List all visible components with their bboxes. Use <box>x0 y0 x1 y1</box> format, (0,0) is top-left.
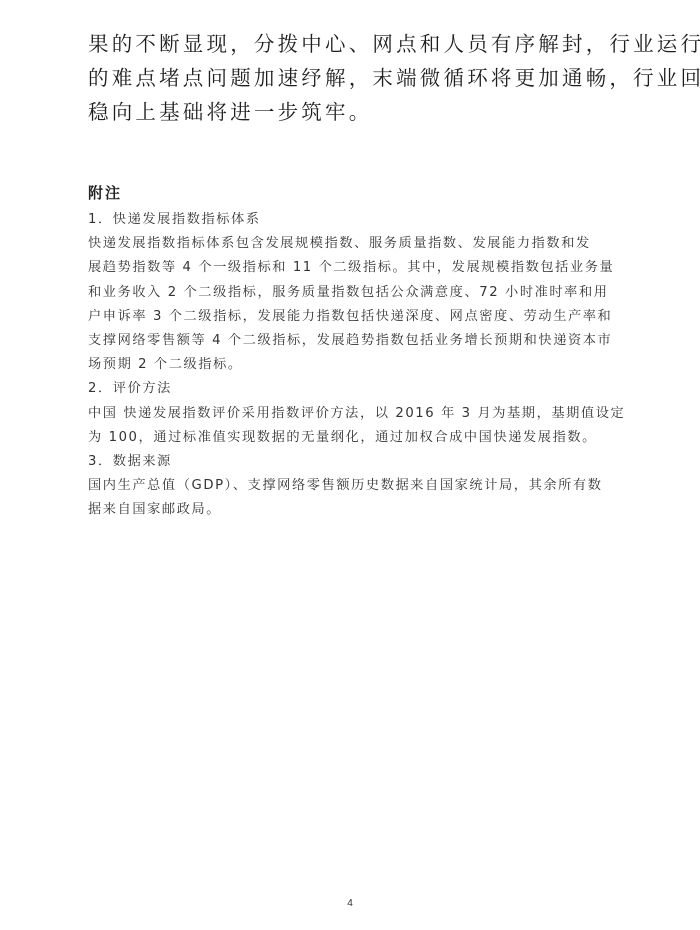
note-line: 快递发展指数指标体系包含发展规模指数、服务质量指数、发展能力指数和发 <box>88 232 616 256</box>
notes-title: 附注 <box>88 182 616 208</box>
note-line: 为 100，通过标准值实现数据的无量纲化，通过加权合成中国快递发展指数。 <box>88 426 616 450</box>
body-line: 稳向上基础将进一步筑牢。 <box>88 95 616 129</box>
note-line: 户申诉率 3 个二级指标，发展能力指数包括快递深度、网点密度、劳动生产率和 <box>88 305 616 329</box>
note-data-source: 3．数据来源 国内生产总值（GDP）、支撑网络零售额历史数据来自国家统计局，其余… <box>88 450 616 523</box>
document-page: 果的不断显现，分拨中心、网点和人员有序解封，行业运行 的难点堵点问题加速纾解，末… <box>0 0 700 930</box>
notes-section: 附注 1．快递发展指数指标体系 快递发展指数指标体系包含发展规模指数、服务质量指… <box>88 182 616 522</box>
note-line: 展趋势指数等 4 个一级指标和 11 个二级指标。其中，发展规模指数包括业务量 <box>88 256 616 280</box>
note-heading: 2．评价方法 <box>88 377 616 401</box>
note-heading: 1．快递发展指数指标体系 <box>88 208 616 232</box>
note-line: 和业务收入 2 个二级指标，服务质量指数包括公众满意度、72 小时准时率和用 <box>88 281 616 305</box>
note-line: 国内生产总值（GDP）、支撑网络零售额历史数据来自国家统计局，其余所有数 <box>88 474 616 498</box>
note-line: 中国 快递发展指数评价采用指数评价方法，以 2016 年 3 月为基期，基期值设… <box>88 402 616 426</box>
body-line: 果的不断显现，分拨中心、网点和人员有序解封，行业运行 <box>88 27 616 61</box>
note-indicator-system: 1．快递发展指数指标体系 快递发展指数指标体系包含发展规模指数、服务质量指数、发… <box>88 208 616 377</box>
body-line: 的难点堵点问题加速纾解，末端微循环将更加通畅，行业回 <box>88 61 616 95</box>
note-line: 据来自国家邮政局。 <box>88 498 616 522</box>
note-line: 场预期 2 个二级指标。 <box>88 353 616 377</box>
note-evaluation-method: 2．评价方法 中国 快递发展指数评价采用指数评价方法，以 2016 年 3 月为… <box>88 377 616 450</box>
body-paragraph: 果的不断显现，分拨中心、网点和人员有序解封，行业运行 的难点堵点问题加速纾解，末… <box>88 27 616 129</box>
note-heading: 3．数据来源 <box>88 450 616 474</box>
note-line: 支撑网络零售额等 4 个二级指标，发展趋势指数包括业务增长预期和快递资本市 <box>88 329 616 353</box>
page-number: 4 <box>0 898 700 909</box>
